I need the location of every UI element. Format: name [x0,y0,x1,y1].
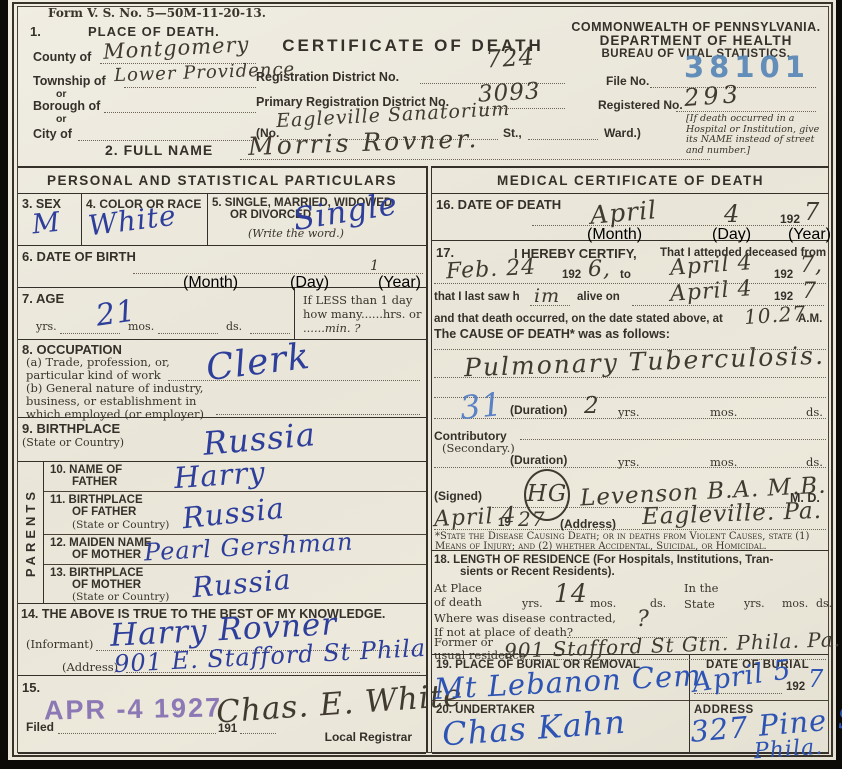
father-name-value: Harry [173,455,267,495]
residence-row: 18. LENGTH OF RESIDENCE (For Hospitals, … [432,551,829,655]
signed-year-digits: 27 [518,507,545,531]
at-place-label-2: of death [434,595,482,609]
cause-of-death-label: The CAUSE OF DEATH* was as follows: [434,327,670,341]
ruled-line [60,333,120,334]
or-word: or [56,113,67,125]
birthplace-label: 9. BIRTHPLACE [22,421,120,436]
file-number-stamp: 38101 [684,50,810,84]
year-printed-prefix: 192 [774,269,793,281]
attended-from-value: Feb. 24 [445,255,536,285]
undertaker-address-cell: ADDRESS 327 Pine St Phila. [690,701,829,753]
mother-birthplace-caption: (State or Country) [72,591,169,603]
parents-block: PARENTS 10. NAME OF FATHER Harry 11. BIR… [18,462,426,604]
ruled-line [133,273,423,274]
ruled-line [532,225,824,226]
county-label: County of [33,50,91,64]
mother-birthplace-row: 13. BIRTHPLACE OF MOTHER (State or Count… [44,565,426,603]
parents-strip: PARENTS [18,462,44,603]
year-printed-prefix: 192 [780,212,800,226]
ruled-line [168,380,420,381]
occupation-a-line2: particular kind of work [26,368,161,382]
section1-number: 1. [30,24,41,39]
ruled-line [158,333,218,334]
date-of-death-year-digit: 7 [804,198,820,226]
ruled-line [520,439,826,440]
medical-header: MEDICAL CERTIFICATE OF DEATH [497,173,764,188]
mos-label: mos. [710,405,737,419]
yrs-label: yrs. [744,597,765,610]
mother-birthplace-value: Russia [191,563,293,605]
mother-birthplace-label-1: 13. BIRTHPLACE [50,567,143,579]
occupation-b-line2: business, or establishment in [26,394,196,408]
undertaker-address-city: Phila. [753,735,824,765]
age-note-1: If LESS than 1 day [303,293,412,307]
mos-label: mos. [590,597,616,610]
ward-suffix: Ward.) [604,126,641,140]
sex-race-marital-row: 3. SEX M 4. COLOR OR RACE White 5. SINGL… [18,194,426,246]
year-printed-prefix: 192 [562,269,581,281]
at-place-label-1: At Place [434,581,482,595]
time-of-death-value: 10.27 [743,301,807,329]
burial-left-cells: 19. PLACE OF BURIAL OR REMOVAL Mt Lebano… [432,655,690,752]
birthplace-row: 9. BIRTHPLACE (State or Country) Russia [18,418,426,462]
informant-address-label: (Address) [62,660,118,674]
registered-number-label: Registered No. [598,98,683,112]
color-race-cell: 4. COLOR OR RACE White [82,194,208,245]
ruled-line [240,159,710,160]
mother-maiden-row: 12. MAIDEN NAME OF MOTHER Pearl Gershman [44,535,426,565]
ruled-line [104,112,256,113]
yrs-label: yrs. [522,597,543,610]
father-name-label-2: FATHER [72,476,117,488]
secondary-label: (Secondary.) [442,441,515,455]
last-saw-pre-text: that I last saw h [434,291,520,303]
ruled-line [250,333,290,334]
residence-heading-2: sients or Recent Residents). [460,566,615,578]
last-saw-fill: im [534,285,560,307]
ruled-line [434,467,826,468]
in-the-label-1: In the [684,581,718,595]
date-of-burial-year-digit: 7 [808,665,824,693]
father-birthplace-label-1: 11. BIRTHPLACE [50,494,143,506]
duration-label: (Duration) [510,453,567,467]
hospital-note: [If death occurred in a Hospital or Inst… [686,114,826,156]
to-word: to [620,269,631,281]
mother-maiden-label-1: 12. MAIDEN NAME [50,537,152,549]
ruled-line [78,140,256,141]
margin-case-number: 31 [458,385,504,427]
father-name-label-1: 10. NAME OF [50,464,122,476]
age-main-cell: 7. AGE yrs. 21 mos. ds. [18,288,294,339]
signed-address-value: Eagleville. Pa. [642,498,823,530]
age-note-2: how many......hrs. or [303,307,421,321]
ds-label: ds. [816,597,832,610]
local-registrar-label: Local Registrar [325,730,412,744]
residence-at-place-value: 14 [554,579,588,608]
parents-rows: 10. NAME OF FATHER Harry 11. BIRTHPLACE … [44,462,426,603]
age-less-than-day-cell: If LESS than 1 day how many......hrs. or… [294,288,426,339]
age-ds-label: ds. [226,320,242,333]
age-yrs-label: yrs. [36,320,57,333]
ruled-line [434,283,826,284]
township-label: Township of [33,74,106,88]
dob-year-printed-digit: 1 [370,258,379,274]
father-birthplace-label-2: OF FATHER [72,506,136,518]
ruled-line [124,87,256,88]
hospital-note-line: [If death occurred in a [686,113,794,124]
scanned-death-certificate: { "colors":{"paper":"#ebe7db","print_ink… [0,0,842,769]
burial-right-cells: DATE OF BURIAL April 5 192 7 ADDRESS 327… [690,655,829,752]
registration-district-value: 724 [485,42,536,73]
filing-row: 15. Filed APR -4 1927 191 Chas. E. White… [18,676,426,754]
occupation-a-line1: (a) Trade, profession, or, [26,355,170,369]
ruled-line [216,414,420,415]
marital-value: Single [291,186,401,238]
street-suffix: St., [503,126,522,140]
father-birthplace-value: Russia [181,491,287,536]
ruled-line [58,733,216,734]
registered-number-value: 293 [683,80,743,112]
date-of-death-month: April [589,195,658,230]
certification-row: 17. I HEREBY CERTIFY, That I attended de… [432,241,829,551]
occupation-b-line1: (b) General nature of industry, [26,381,203,395]
personal-header: PERSONAL AND STATISTICAL PARTICULARS [47,173,397,188]
occupation-row: 8. OCCUPATION (a) Trade, profession, or,… [18,340,426,418]
ruled-line [528,139,598,140]
agency-line-1: COMMONWEALTH OF PENNSYLVANIA. [558,20,834,34]
occupation-value: Clerk [204,336,313,389]
mother-maiden-label-2: OF MOTHER [72,549,141,561]
last-saw-date-value: April 4 [669,276,753,307]
filed-date-stamp: APR -4 1927 [44,692,223,726]
signed-date-value: April 4 [433,503,517,532]
sex-cell: 3. SEX M [18,194,82,245]
date-of-burial-cell: DATE OF BURIAL April 5 192 7 [690,655,829,701]
in-the-label-2: State [684,597,715,611]
mos-label: mos. [782,597,808,610]
attended-from-year-digit: 6, [588,257,611,282]
birthplace-caption: (State or Country) [22,436,124,449]
certificate-paper: Form V. S. No. 5—50M-11-20-13. 1. PLACE … [8,0,836,760]
file-number-label: File No. [606,74,649,88]
duration-label: (Duration) [510,403,567,417]
date-of-death-day: 4 [724,200,740,228]
medical-certificate-column: MEDICAL CERTIFICATE OF DEATH 16. DATE OF… [431,166,829,752]
registrar-signature: Chas. E. White [215,677,464,730]
age-row: 7. AGE yrs. 21 mos. ds. If LESS than 1 d… [18,288,426,340]
undertaker-cell: 20. UNDERTAKER Chas Kahn [432,701,689,753]
date-of-death-label: 16. DATE OF DEATH [436,197,561,212]
place-of-burial-cell: 19. PLACE OF BURIAL OR REMOVAL Mt Lebano… [432,655,689,701]
borough-label: Borough of [33,99,100,113]
section17-number: 17. [436,245,454,260]
full-name-label: 2. FULL NAME [105,142,213,158]
contracted-label-1: Where was disease contracted, [434,611,616,625]
attestation-row: 14. THE ABOVE IS TRUE TO THE BEST OF MY … [18,604,426,676]
marital-cell: 5. SINGLE, MARRIED, WIDOWED OR DIVORCED … [208,194,426,245]
form-number: Form V. S. No. 5—50M-11-20-13. [48,6,266,20]
ruled-line [434,529,826,530]
attended-to-year-digit: 7, [800,253,823,278]
contracted-value: ? [637,607,650,632]
ds-label: ds. [650,597,666,610]
duration-years-value: 2 [584,393,600,419]
death-occurred-text: and that death occurred, on the date sta… [434,313,723,325]
date-of-birth-row: 6. DATE OF BIRTH 1 (Month) (Day) (Year) [18,246,426,288]
father-birthplace-row: 11. BIRTHPLACE OF FATHER (State or Count… [44,492,426,535]
parents-vertical-label: PARENTS [23,488,38,577]
dob-label: 6. DATE OF BIRTH [22,249,136,264]
father-birthplace-caption: (State or Country) [72,519,169,531]
signed-label: (Signed) [434,489,482,503]
age-note-3: ......min. ? [303,321,360,335]
agency-line-2: DEPARTMENT OF HEALTH [558,33,834,48]
father-name-row: 10. NAME OF FATHER Harry [44,462,426,492]
section15-number: 15. [22,680,40,695]
mother-birthplace-label-2: OF MOTHER [72,579,141,591]
city-label: City of [33,127,72,141]
former-residence-label-1: Former or [434,635,493,649]
date-of-death-row: 16. DATE OF DEATH April 4 192 7 (Month) … [432,194,829,241]
ds-label: ds. [806,405,823,419]
last-saw-post-text: alive on [577,291,620,303]
age-label: 7. AGE [22,291,64,306]
medical-header-band: MEDICAL CERTIFICATE OF DEATH [432,168,829,194]
informant-label: (Informant) [26,637,93,651]
sex-value: M [30,207,62,241]
age-value: 21 [94,293,139,333]
personal-particulars-column: PERSONAL AND STATISTICAL PARTICULARS 3. … [18,166,428,752]
burial-block: 19. PLACE OF BURIAL OR REMOVAL Mt Lebano… [432,655,829,754]
ruled-line [240,733,276,734]
residence-heading-1: 18. LENGTH OF RESIDENCE (For Hospitals, … [434,554,773,566]
hospital-note-line: Hospital or Institution, [686,124,796,135]
yrs-label: yrs. [618,405,640,419]
